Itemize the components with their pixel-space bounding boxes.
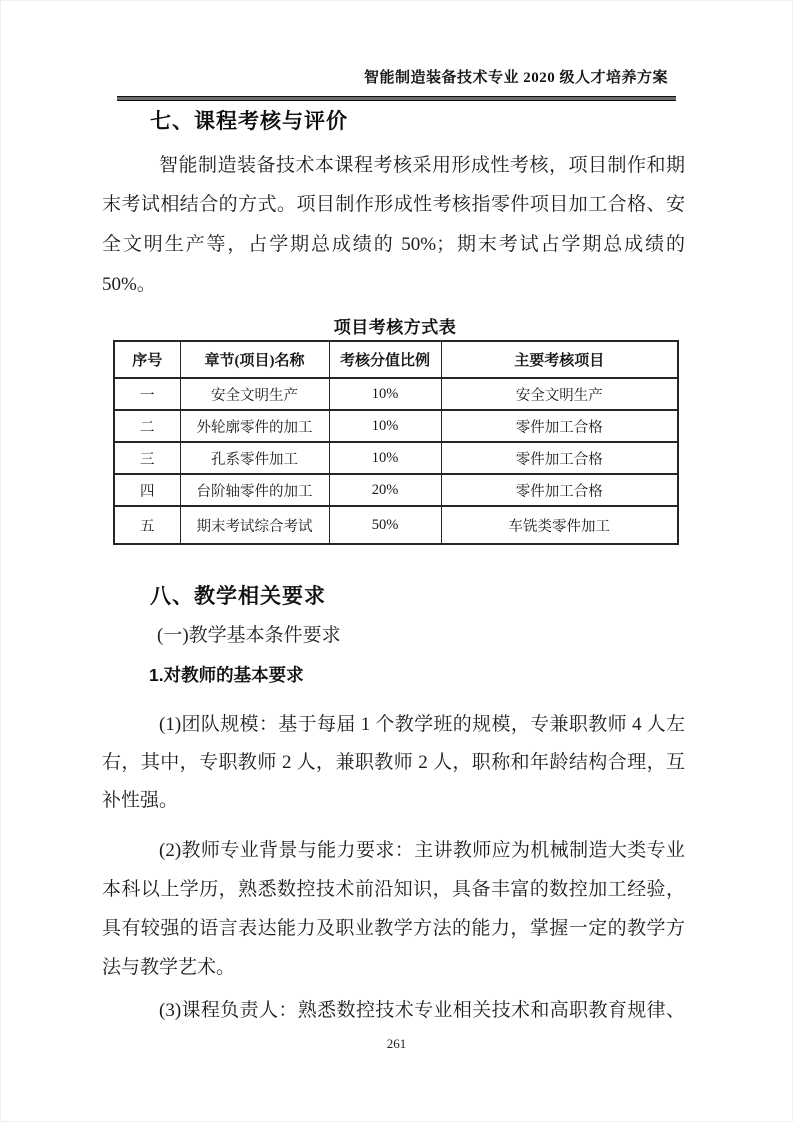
table-row: 三 孔系零件加工 10% 零件加工合格 [114, 442, 678, 474]
table-cell: 零件加工合格 [441, 442, 678, 474]
table-row: 二 外轮廓零件的加工 10% 零件加工合格 [114, 410, 678, 442]
body-line: (2)教师专业背景与能力要求：主讲教师应为机械制造大类专业 [102, 839, 685, 862]
body-line: 本科以上学历，熟悉数控技术前沿知识，具备丰富的数控加工经验， [102, 878, 685, 901]
body-line: 智能制造装备技术本课程考核采用形成性考核，项目制作和期 [102, 154, 685, 177]
column-header: 章节(项目)名称 [180, 341, 329, 378]
body-line: 50%。 [102, 273, 685, 296]
table-cell: 10% [329, 410, 441, 442]
table-cell: 车铣类零件加工 [441, 506, 678, 544]
table-cell: 安全文明生产 [441, 378, 678, 410]
document-page: 智能制造装备技术专业 2020 级人才培养方案 七、课程考核与评价 智能制造装备… [0, 0, 793, 1122]
body-line: 末考试相结合的方式。项目制作形成性考核指零件项目加工合格、安 [102, 193, 685, 216]
table-cell: 二 [114, 410, 180, 442]
section-7-heading: 七、课程考核与评价 [150, 110, 348, 133]
body-line: (1)团队规模：基于每届 1 个教学班的规模，专兼职教师 4 人左 [102, 713, 685, 736]
table-cell: 一 [114, 378, 180, 410]
table-row: 五 期末考试综合考试 50% 车铣类零件加工 [114, 506, 678, 544]
table-cell: 零件加工合格 [441, 410, 678, 442]
column-header: 序号 [114, 341, 180, 378]
table-cell: 五 [114, 506, 180, 544]
table-cell: 三 [114, 442, 180, 474]
table-cell: 期末考试综合考试 [180, 506, 329, 544]
table-caption: 项目考核方式表 [113, 313, 677, 338]
table-cell: 台阶轴零件的加工 [180, 474, 329, 506]
header-rule-divider [117, 96, 676, 101]
body-line: 右，其中，专职教师 2 人，兼职教师 2 人，职称和年龄结构合理，互 [102, 751, 685, 774]
subsection-1-heading: (一)教学基本条件要求 [157, 624, 341, 648]
page-number: 261 [0, 1036, 793, 1052]
table-row: 四 台阶轴零件的加工 20% 零件加工合格 [114, 474, 678, 506]
column-header: 主要考核项目 [441, 341, 678, 378]
table-cell: 孔系零件加工 [180, 442, 329, 474]
table-cell: 10% [329, 378, 441, 410]
table-cell: 20% [329, 474, 441, 506]
body-line: 法与教学艺术。 [102, 956, 685, 979]
body-line: 具有较强的语言表达能力及职业教学方法的能力，掌握一定的教学方 [102, 917, 685, 940]
body-line: 全文明生产等，占学期总成绩的 50%；期末考试占学期总成绩的 [102, 233, 685, 256]
body-line: 补性强。 [102, 789, 685, 812]
teacher-requirements-heading: 1.对教师的基本要求 [149, 665, 304, 686]
column-header: 考核分值比例 [329, 341, 441, 378]
table-cell: 零件加工合格 [441, 474, 678, 506]
table-header-row: 序号 章节(项目)名称 考核分值比例 主要考核项目 [114, 341, 678, 378]
table-cell: 安全文明生产 [180, 378, 329, 410]
assessment-method-table: 序号 章节(项目)名称 考核分值比例 主要考核项目 一 安全文明生产 10% 安… [113, 340, 679, 545]
body-line: (3)课程负责人：熟悉数控技术专业相关技术和高职教育规律、 [102, 999, 685, 1022]
table-cell: 50% [329, 506, 441, 544]
section-8-heading: 八、教学相关要求 [150, 585, 326, 608]
table-cell: 外轮廓零件的加工 [180, 410, 329, 442]
table-cell: 四 [114, 474, 180, 506]
running-header-title: 智能制造装备技术专业 2020 级人才培养方案 [102, 66, 668, 87]
table-row: 一 安全文明生产 10% 安全文明生产 [114, 378, 678, 410]
table-cell: 10% [329, 442, 441, 474]
